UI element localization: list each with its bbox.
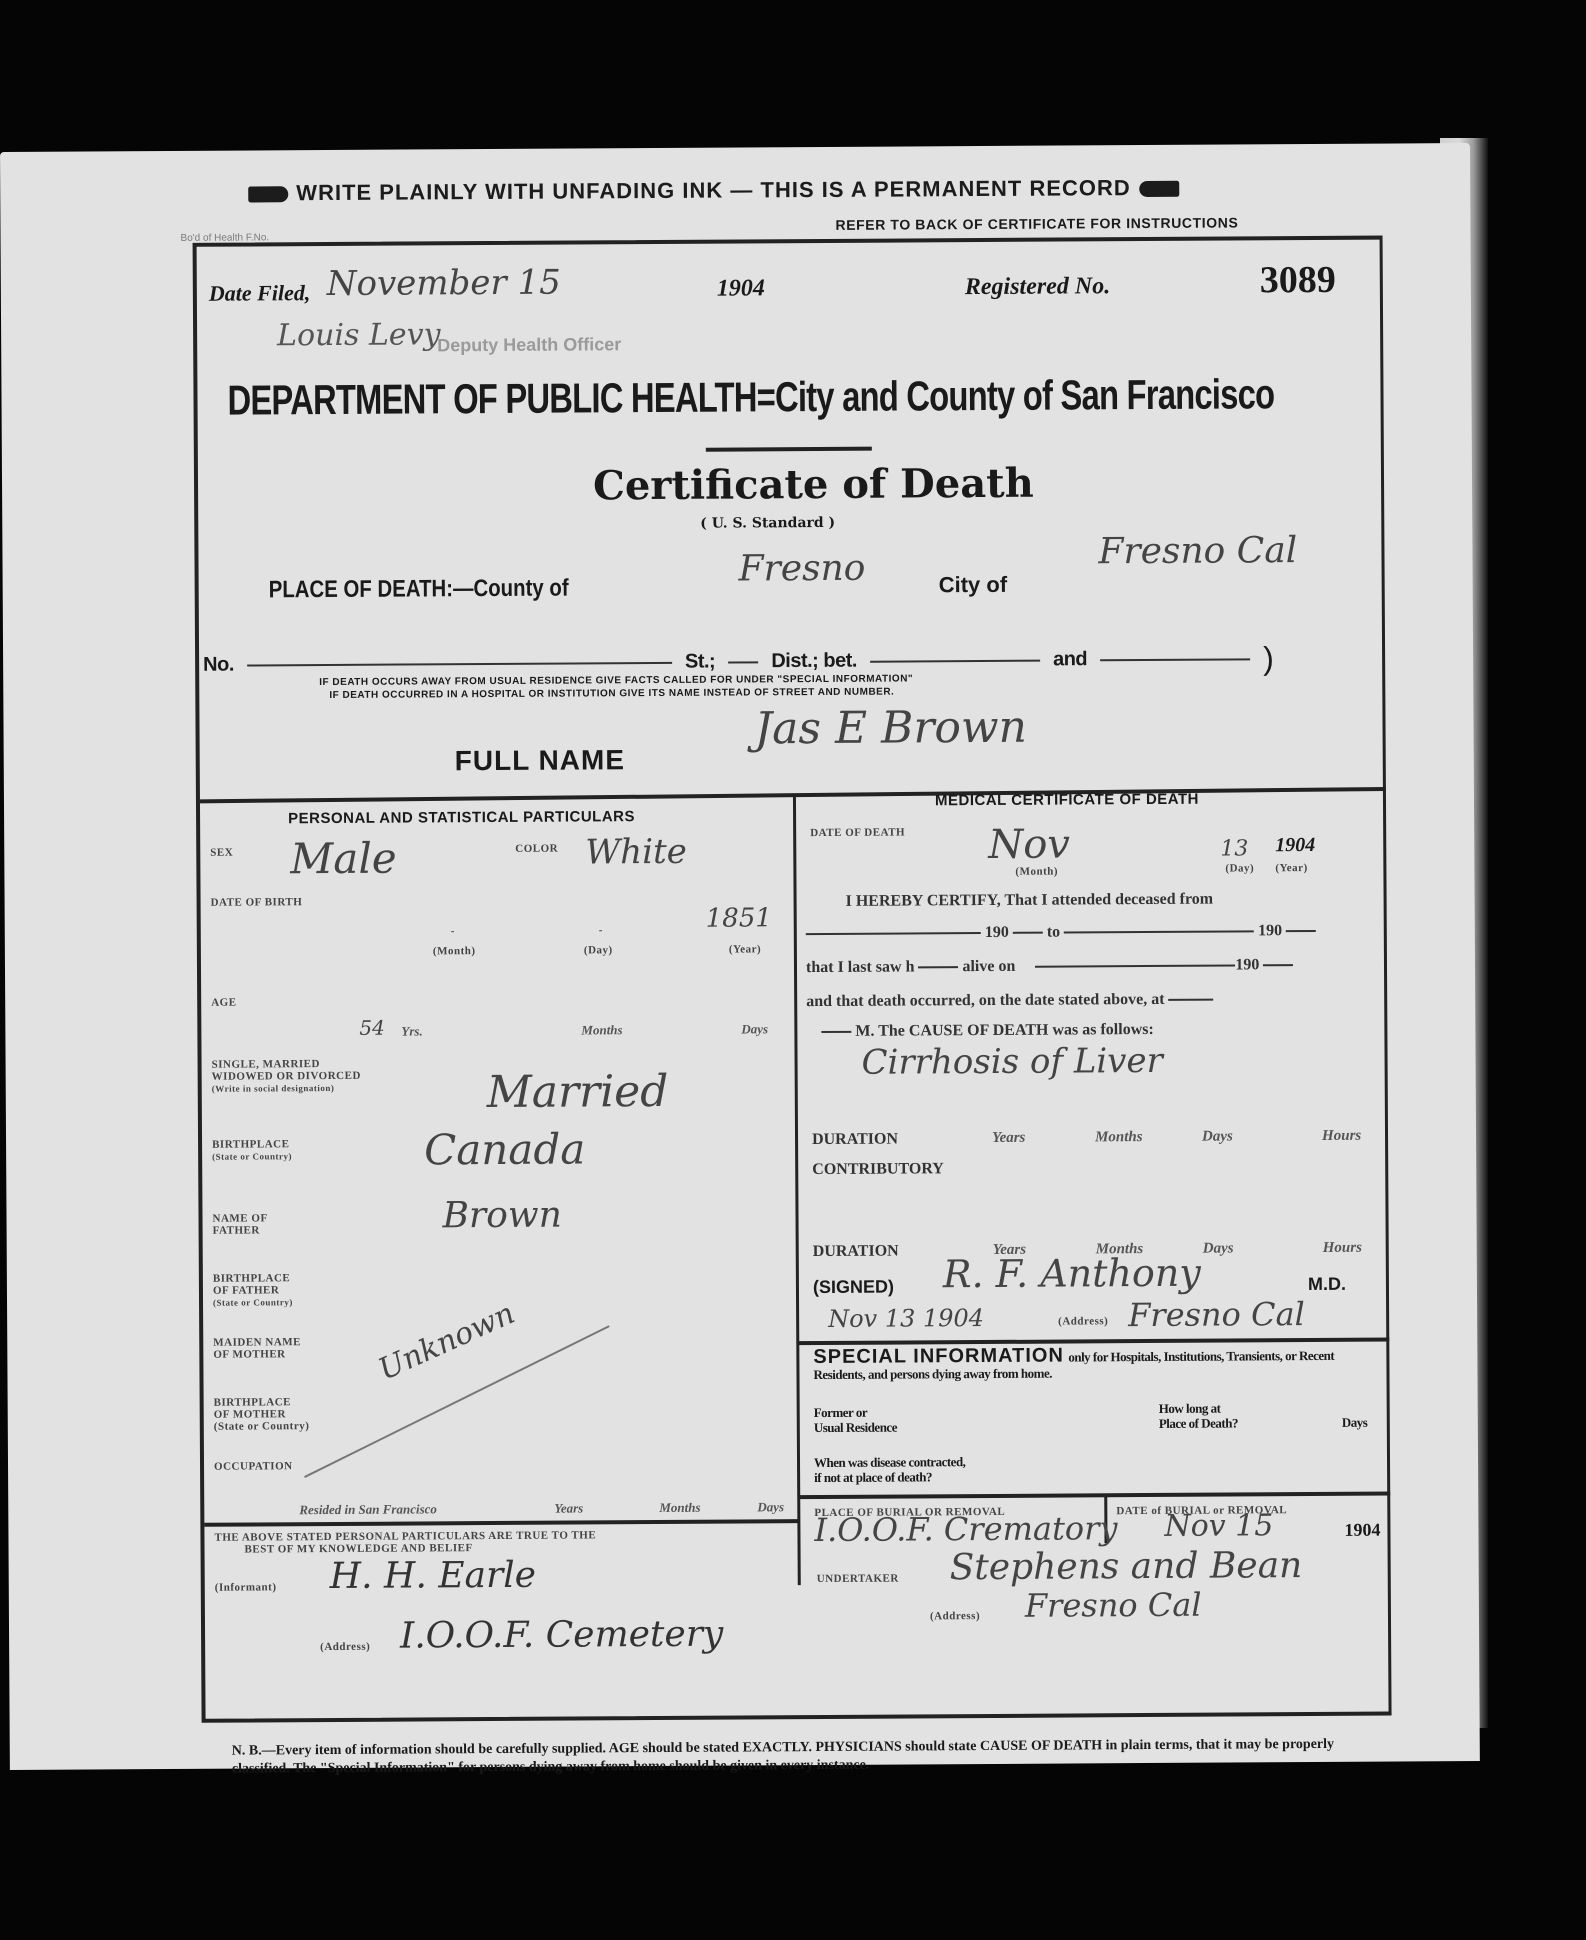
day-caption: (Day)	[584, 944, 613, 956]
undertaker-address-label: (Address)	[930, 1610, 980, 1622]
informant-address-label: (Address)	[320, 1641, 370, 1653]
sex-label: SEX	[210, 847, 233, 859]
marital-label-3: (Write in social designation)	[212, 1082, 361, 1095]
no-blank	[247, 661, 672, 666]
certify-text: I HEREBY CERTIFY, That I attended deceas…	[846, 891, 1214, 911]
contracted-2: if not at place of death?	[814, 1469, 965, 1485]
dod-month: Nov	[988, 821, 1070, 867]
dod-day: 13	[1220, 836, 1248, 861]
attestation: THE ABOVE STATED PERSONAL PARTICULARS AR…	[214, 1529, 596, 1555]
duration-2-label: DURATION	[813, 1243, 899, 1262]
address-note-line-2: IF DEATH OCCURRED IN A HOSPITAL OR INSTI…	[329, 685, 913, 702]
informant-address-value: I.O.O.F. Cemetery	[400, 1614, 723, 1657]
resided-days: Days	[757, 1499, 784, 1515]
father-name-label: NAME OF FATHER	[212, 1212, 267, 1236]
no-label: No.	[203, 653, 234, 675]
month-caption: (Month)	[433, 945, 476, 957]
how-long-2: Place of Death?	[1159, 1415, 1238, 1430]
personal-heading: PERSONAL AND STATISTICAL PARTICULARS	[288, 808, 635, 827]
father-birthplace-label: BIRTHPLACE OF FATHER (State or Country)	[213, 1272, 293, 1308]
father-bp-label-1: BIRTHPLACE	[213, 1272, 293, 1284]
marital-label-1: SINGLE, MARRIED	[212, 1058, 361, 1071]
birthplace-label-2: (State or Country)	[212, 1150, 292, 1162]
marital-value: Married	[487, 1066, 669, 1118]
how-long-1: How long at	[1159, 1400, 1238, 1415]
last-saw-label: that I last saw h	[806, 958, 915, 976]
informant-label: (Informant)	[215, 1581, 277, 1593]
father-bp-label-2: OF FATHER	[213, 1284, 293, 1296]
banner-text: WRITE PLAINLY WITH UNFADING INK — THIS I…	[296, 175, 1131, 205]
how-long-label: How long at Place of Death?	[1159, 1400, 1238, 1430]
county-value: Fresno	[738, 548, 865, 590]
duration-hours: Hours	[1322, 1128, 1361, 1145]
signed-label: (SIGNED)	[813, 1277, 894, 1298]
occupation-label: OCCUPATION	[214, 1460, 293, 1472]
age-years: 54	[359, 1016, 385, 1040]
st-blank	[728, 661, 758, 663]
duration-years: Years	[992, 1130, 1025, 1147]
cause-intro-label: M. The CAUSE OF DEATH was as follows:	[855, 1021, 1153, 1040]
physician-signature: R. F. Anthony	[943, 1251, 1201, 1297]
mother-label-2: OF MOTHER	[213, 1348, 301, 1361]
column-divider	[793, 795, 801, 1585]
from-190: 190	[985, 924, 1009, 941]
registered-label: Registered No.	[965, 273, 1110, 301]
attest-divider	[204, 1519, 798, 1527]
father-label-1: NAME OF	[212, 1212, 267, 1224]
attest-line-2: BEST OF MY KNOWLEDGE AND BELIEF	[245, 1541, 597, 1555]
dob-month: -	[451, 925, 455, 937]
undertaker-label: UNDERTAKER	[817, 1573, 899, 1586]
mother-bp-label-2: OF MOTHER	[214, 1408, 310, 1421]
mother-bp-label-3: (State or Country)	[214, 1420, 310, 1433]
dob-year: 1851	[706, 903, 772, 933]
cause-of-death-value: Cirrhosis of Liver	[861, 1041, 1162, 1083]
how-long-days: Days	[1342, 1415, 1368, 1431]
title-divider	[706, 447, 872, 452]
special-divider	[797, 1338, 1389, 1346]
undertaker-address-value: Fresno Cal	[1025, 1586, 1202, 1625]
place-of-death-label: PLACE OF DEATH:—County of	[269, 575, 569, 605]
color-label: COLOR	[515, 843, 558, 855]
birthplace-label-1: BIRTHPLACE	[212, 1138, 292, 1150]
father-label-2: FATHER	[213, 1224, 268, 1236]
dod-label: DATE OF DEATH	[810, 826, 905, 839]
city-label: City of	[939, 572, 1008, 598]
contracted-1: When was disease contracted,	[814, 1454, 965, 1470]
mother-label-1: MAIDEN NAME	[213, 1336, 301, 1349]
physician-address-label: (Address)	[1058, 1315, 1108, 1327]
days-caption: Days	[741, 1021, 768, 1037]
dist-blank	[870, 659, 1040, 662]
age-label: AGE	[211, 997, 236, 1009]
officer-title: Deputy Health Officer	[437, 334, 621, 356]
dod-year-caption: (Year)	[1275, 862, 1307, 874]
burial-year: 1904	[1344, 1520, 1380, 1541]
dob-label: DATE OF BIRTH	[211, 896, 303, 909]
death-occurred-line: and that death occurred, on the date sta…	[806, 991, 1213, 1011]
color-value: White	[585, 832, 687, 873]
mother-birthplace-label: BIRTHPLACE OF MOTHER (State or Country)	[214, 1396, 310, 1433]
and-label: and	[1053, 648, 1087, 670]
us-standard: ( U. S. Standard )	[700, 515, 835, 532]
officer-signature: Louis Levy	[277, 317, 441, 353]
city-value: Fresno Cal	[1098, 530, 1297, 572]
special-heading-block: SPECIAL INFORMATION only for Hospitals, …	[813, 1346, 1383, 1383]
dod-year: 1904	[1275, 834, 1315, 857]
burial-divider	[798, 1492, 1390, 1500]
pointing-hand-icon	[1139, 181, 1179, 197]
address-note: IF DEATH OCCURS AWAY FROM USUAL RESIDENC…	[319, 672, 913, 702]
contracted-label: When was disease contracted, if not at p…	[814, 1454, 966, 1485]
full-name-value: Jas E Brown	[754, 702, 1027, 755]
refer-instructions: REFER TO BACK OF CERTIFICATE FOR INSTRUC…	[835, 214, 1238, 232]
undertaker-value: Stephens and Bean	[950, 1545, 1303, 1588]
footnote: N. B.—Every item of information should b…	[232, 1736, 1342, 1779]
yrs-caption: Yrs.	[401, 1023, 422, 1039]
duration-label: DURATION	[812, 1131, 898, 1150]
year-filed: 1904	[717, 275, 765, 302]
dod-day-caption: (Day)	[1225, 862, 1254, 874]
duration-days: Days	[1202, 1128, 1233, 1145]
contributory-label: CONTRIBUTORY	[812, 1160, 944, 1179]
alive-on-label: alive on	[962, 958, 1015, 975]
date-filed-value: November 15	[327, 263, 561, 304]
former-residence-label: Former or Usual Residence	[814, 1405, 897, 1436]
father-bp-label-3: (State or Country)	[213, 1296, 293, 1308]
mother-name-label: MAIDEN NAME OF MOTHER	[213, 1336, 301, 1361]
certificate-frame: Date Filed, November 15 1904 Registered …	[193, 236, 1392, 1723]
cause-intro: M. The CAUSE OF DEATH was as follows:	[821, 1021, 1153, 1041]
unknown-value: Unknown	[373, 1296, 520, 1388]
md-label: M.D.	[1308, 1274, 1346, 1295]
banner: WRITE PLAINLY WITH UNFADING INK — THIS I…	[240, 175, 1187, 207]
dod-month-caption: (Month)	[1015, 866, 1058, 878]
death-occurred-label: and that death occurred, on the date sta…	[806, 991, 1164, 1010]
sex-value: Male	[290, 834, 397, 884]
former-residence-1: Former or	[814, 1405, 897, 1421]
duration-2-days: Days	[1203, 1240, 1234, 1257]
st-label: St.;	[685, 650, 715, 672]
year-caption: (Year)	[729, 943, 761, 955]
resided-label: Resided in San Francisco	[299, 1501, 437, 1518]
department-title: DEPARTMENT OF PUBLIC HEALTH=City and Cou…	[227, 370, 1274, 424]
registered-number: 3089	[1260, 258, 1336, 302]
dist-label: Dist.; bet.	[771, 650, 857, 673]
father-name-value: Brown	[442, 1195, 562, 1237]
to-label: to	[1047, 924, 1060, 941]
marital-label: SINGLE, MARRIED WIDOWED OR DIVORCED (Wri…	[212, 1058, 361, 1095]
certificate-title: Certificate of Death	[593, 460, 1034, 510]
birthplace-label: BIRTHPLACE (State or Country)	[212, 1138, 292, 1162]
former-residence-2: Usual Residence	[814, 1420, 897, 1436]
mother-bp-label-1: BIRTHPLACE	[214, 1396, 310, 1409]
duration-2-hours: Hours	[1323, 1240, 1362, 1257]
and-blank	[1100, 658, 1250, 661]
to-190: 190	[1258, 922, 1282, 939]
date-filed-label: Date Filed,	[209, 280, 311, 307]
duration-months: Months	[1095, 1129, 1143, 1146]
physician-address-value: Fresno Cal	[1128, 1295, 1305, 1334]
dob-day: -	[599, 924, 603, 936]
informant-value: H. H. Earle	[330, 1555, 537, 1597]
burial-date-value: Nov 15	[1164, 1508, 1273, 1544]
special-heading: SPECIAL INFORMATION	[813, 1345, 1064, 1369]
death-certificate-page: WRITE PLAINLY WITH UNFADING INK — THIS I…	[0, 143, 1480, 1770]
last-190: 190	[1235, 956, 1259, 973]
full-name-label: FULL NAME	[455, 744, 625, 777]
last-saw-line: that I last saw h alive on 190	[806, 956, 1376, 977]
burial-place-value: I.O.O.F. Crematory	[814, 1509, 1117, 1549]
resided-months: Months	[659, 1500, 700, 1516]
resided-years: Years	[554, 1500, 583, 1516]
attended-dates: 190 to 190	[806, 922, 1376, 943]
medical-heading: MEDICAL CERTIFICATE OF DEATH	[935, 791, 1199, 810]
mos-caption: Months	[581, 1022, 622, 1038]
pointing-hand-icon	[248, 186, 288, 202]
birthplace-value: Canada	[424, 1124, 585, 1174]
marital-label-2: WIDOWED OR DIVORCED	[212, 1070, 361, 1083]
signed-date: Nov 13 1904	[828, 1304, 984, 1333]
